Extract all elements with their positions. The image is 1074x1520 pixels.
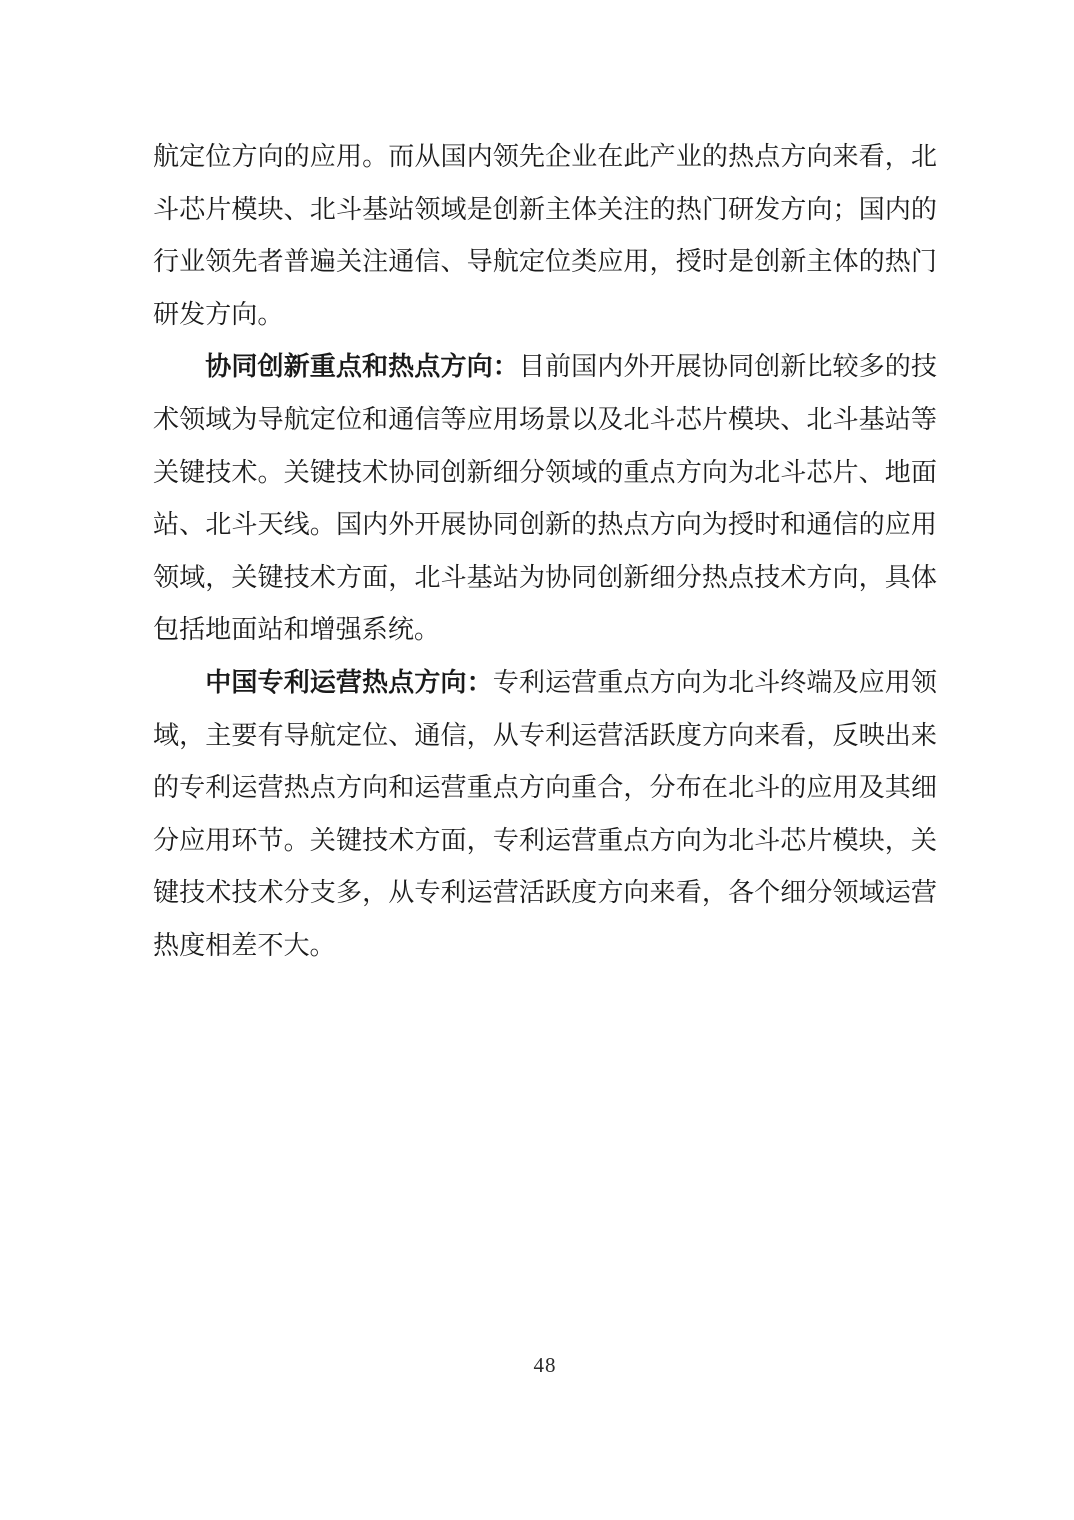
paragraph-lead-label: 协同创新重点和热点方向：	[205, 352, 519, 381]
paragraph: 中国专利运营热点方向：专利运营重点方向为北斗终端及应用领域，主要有导航定位、通信…	[153, 657, 937, 973]
page-footer: 48	[153, 1352, 937, 1379]
page-body-text: 航定位方向的应用。而从国内领先企业在此产业的热点方向来看，北斗芯片模块、北斗基站…	[153, 131, 937, 973]
paragraph-lead-label: 中国专利运营热点方向：	[205, 668, 493, 697]
paragraph-text: 航定位方向的应用。而从国内领先企业在此产业的热点方向来看，北斗芯片模块、北斗基站…	[153, 142, 937, 329]
paragraph: 协同创新重点和热点方向：目前国内外开展协同创新比较多的技术领域为导航定位和通信等…	[153, 341, 937, 657]
document-page: 航定位方向的应用。而从国内领先企业在此产业的热点方向来看，北斗芯片模块、北斗基站…	[0, 0, 1074, 1520]
paragraph: 航定位方向的应用。而从国内领先企业在此产业的热点方向来看，北斗芯片模块、北斗基站…	[153, 131, 937, 341]
paragraph-text: 目前国内外开展协同创新比较多的技术领域为导航定位和通信等应用场景以及北斗芯片模块…	[153, 352, 937, 644]
page-number: 48	[534, 1353, 557, 1377]
paragraph-text: 专利运营重点方向为北斗终端及应用领域，主要有导航定位、通信，从专利运营活跃度方向…	[153, 668, 937, 960]
